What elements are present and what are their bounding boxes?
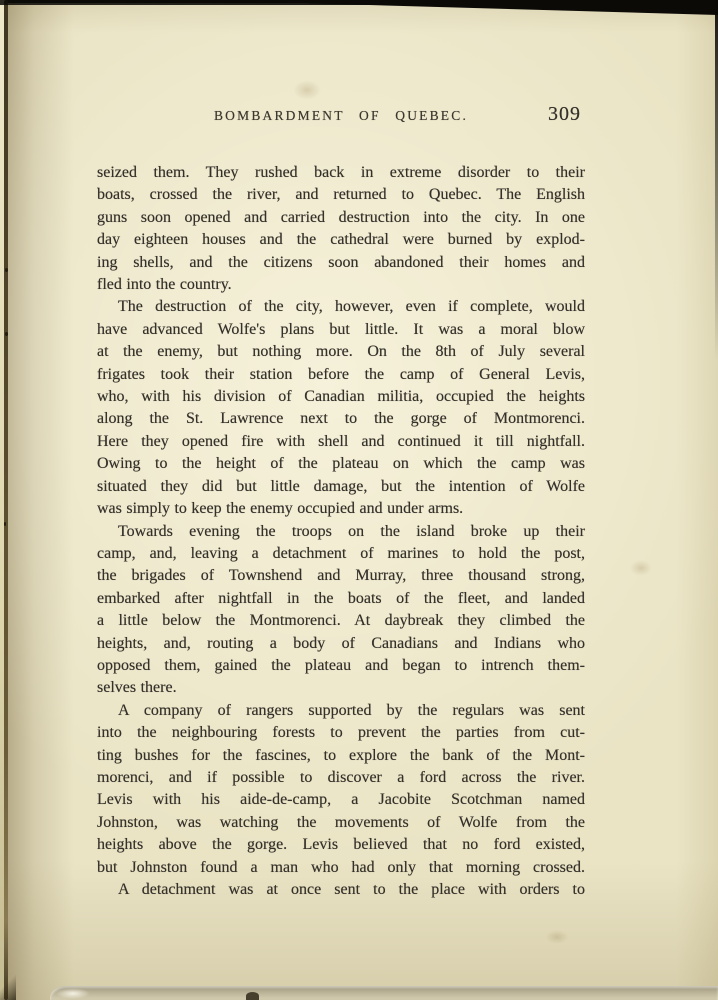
running-title: BOMBARDMENT OF QUEBEC. [97, 108, 585, 124]
paper-smudge [293, 80, 321, 100]
page-content: BOMBARDMENT OF QUEBEC. 309 seized them. … [97, 103, 585, 901]
text-line: Johnston, was watching the movements of … [97, 812, 585, 834]
text-line: ing shells, and the citizens soon abando… [97, 252, 585, 274]
text-line: day eighteen houses and the cathedral we… [97, 229, 585, 251]
paragraph: A detachment was at once sent to the pla… [97, 879, 585, 901]
paper-speck [5, 332, 8, 336]
text-line: situated they did but little damage, but… [97, 476, 585, 498]
text-line: selves there. [97, 677, 585, 699]
text-line: have advanced Wolfe's plans but little. … [97, 319, 585, 341]
page-curl-highlight [56, 988, 90, 999]
text-line: Here they opened fire with shell and con… [97, 431, 585, 453]
text-line: opposed them, gained the plateau and beg… [97, 655, 585, 677]
paragraph: Towards evening the troops on the island… [97, 521, 585, 700]
paragraph: A company of rangers supported by the re… [97, 700, 585, 879]
text-line: who, with his division of Canadian milit… [97, 386, 585, 408]
page-curl-blemish [246, 992, 259, 1000]
binding-crease [4, 0, 8, 1000]
text-line: The destruction of the city, however, ev… [97, 296, 585, 318]
text-line: at the enemy, but nothing more. On the 8… [97, 341, 585, 363]
text-line: camp, and, leaving a detachment of marin… [97, 543, 585, 565]
text-line: heights above the gorge. Levis believed … [97, 834, 585, 856]
paragraph: seized them. They rushed back in extreme… [97, 162, 585, 296]
text-line: guns soon opened and carried destruction… [97, 207, 585, 229]
book-page-scan: BOMBARDMENT OF QUEBEC. 309 seized them. … [0, 0, 718, 1000]
text-line: Owing to the height of the plateau on wh… [97, 453, 585, 475]
text-line: heights, and, routing a body of Canadian… [97, 633, 585, 655]
text-line: was simply to keep the enemy occupied an… [97, 498, 585, 520]
paper-speck [5, 268, 8, 272]
paper-smudge [545, 930, 569, 944]
paper-smudge [630, 560, 652, 576]
text-line: a little below the Montmorenci. At daybr… [97, 610, 585, 632]
text-line: ting bushes for the fascines, to explore… [97, 745, 585, 767]
paper-speck [4, 522, 6, 526]
text-line: Towards evening the troops on the island… [97, 521, 585, 543]
text-line: boats, crossed the river, and returned t… [97, 184, 585, 206]
text-line: morenci, and if possible to discover a f… [97, 767, 585, 789]
text-line: the brigades of Townshend and Murray, th… [97, 565, 585, 587]
text-line: but Johnston found a man who had only th… [97, 857, 585, 879]
paragraph: The destruction of the city, however, ev… [97, 296, 585, 520]
page-curl-bottom [50, 986, 718, 1000]
text-line: Levis with his aide-de-camp, a Jacobite … [97, 789, 585, 811]
text-line: into the neighbouring forests to prevent… [97, 722, 585, 744]
text-line: seized them. They rushed back in extreme… [97, 162, 585, 184]
text-line: along the St. Lawrence next to the gorge… [97, 408, 585, 430]
page-number: 309 [548, 103, 581, 126]
text-line: A detachment was at once sent to the pla… [97, 879, 585, 901]
text-line: frigates took their station before the c… [97, 364, 585, 386]
text-line: embarked after nightfall in the boats of… [97, 588, 585, 610]
text-line: A company of rangers supported by the re… [97, 700, 585, 722]
text-line: fled into the country. [97, 274, 585, 296]
corner-shadow [0, 972, 16, 1000]
body-text: seized them. They rushed back in extreme… [97, 162, 585, 901]
running-header: BOMBARDMENT OF QUEBEC. 309 [97, 103, 585, 129]
